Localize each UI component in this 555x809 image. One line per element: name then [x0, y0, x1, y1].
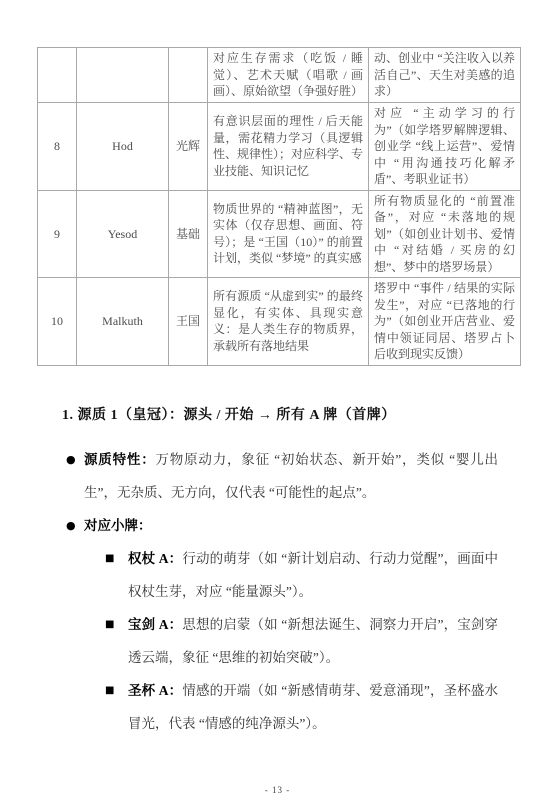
sephirot-table: 对应生存需求（吃饭 / 睡觉）、艺术天赋（唱歌 / 画画）、原始欲望（争强好胜）…: [37, 47, 521, 366]
sub-item-text: 宝剑 A：思想的启蒙（如 “新想法诞生、洞察力开启”，宝剑穿透云端，象征 “思维…: [128, 608, 498, 674]
cell-number: 9: [38, 190, 77, 278]
sub-item-wands-ace: ■ 权杖 A：行动的萌芽（如 “新计划启动、行动力觉醒”，画面中权杖生芽，对应 …: [0, 542, 555, 608]
cell-name: Hod: [77, 103, 169, 191]
list-item-label: 对应小牌：: [84, 518, 152, 533]
table-row: 8 Hod 光辉 有意识层面的理性 / 后天能量，需花精力学习（具逻辑性、规律性…: [38, 103, 521, 191]
bullet-square-icon: ■: [105, 542, 128, 608]
sub-item-text: 圣杯 A：情感的开端（如 “新感情萌芽、爱意涌现”，圣杯盛水冒光，代表 “情感的…: [128, 674, 498, 740]
sub-item-label: 圣杯 A：: [128, 683, 182, 698]
list-item-text: 源质特性：万物原动力，象征 “初始状态、新开始”，类似 “婴儿出生”，无杂质、无…: [84, 443, 498, 509]
bullet-circle-icon: ●: [66, 509, 84, 542]
cell-cn-name: 王国: [169, 278, 208, 366]
cell-description: 对应生存需求（吃饭 / 睡觉）、艺术天赋（唱歌 / 画画）、原始欲望（争强好胜）: [208, 48, 369, 103]
cell-correspondence: 塔罗中 “事件 / 结果的实际发生”，对应 “已落地的行为”（如创业开店营业、爱…: [369, 278, 521, 366]
cell-cn-name: [169, 48, 208, 103]
list-item-minor-cards: ● 对应小牌：: [0, 509, 555, 542]
sub-item-body: 思想的启蒙（如 “新想法诞生、洞察力开启”，宝剑穿透云端，象征 “思维的初始突破…: [128, 617, 498, 665]
table-row: 对应生存需求（吃饭 / 睡觉）、艺术天赋（唱歌 / 画画）、原始欲望（争强好胜）…: [38, 48, 521, 103]
cell-description: 物质世界的 “精神蓝图”，无实体（仅存思想、画面、符号）；是 “王国（10）” …: [208, 190, 369, 278]
list-item-trait: ● 源质特性：万物原动力，象征 “初始状态、新开始”，类似 “婴儿出生”，无杂质…: [0, 443, 555, 509]
cell-number: [38, 48, 77, 103]
sub-item-text: 权杖 A：行动的萌芽（如 “新计划启动、行动力觉醒”，画面中权杖生芽，对应 “能…: [128, 542, 498, 608]
section-body: 1. 源质 1（皇冠）：源头 / 开始 → 所有 A 牌（首牌） ● 源质特性：…: [0, 357, 555, 740]
table-row: 9 Yesod 基础 物质世界的 “精神蓝图”，无实体（仅存思想、画面、符号）；…: [38, 190, 521, 278]
sub-item-body: 行动的萌芽（如 “新计划启动、行动力觉醒”，画面中权杖生芽，对应 “能量源头”）…: [128, 551, 498, 599]
cell-name: Yesod: [77, 190, 169, 278]
bullet-square-icon: ■: [105, 608, 128, 674]
cell-name: [77, 48, 169, 103]
sub-item-swords-ace: ■ 宝剑 A：思想的启蒙（如 “新想法诞生、洞察力开启”，宝剑穿透云端，象征 “…: [0, 608, 555, 674]
cell-description: 所有源质 “从虚到实” 的最终显化，有实体、具现实意义：是人类生存的物质界，承载…: [208, 278, 369, 366]
page-number: - 13 -: [0, 785, 555, 795]
table-row: 10 Malkuth 王国 所有源质 “从虚到实” 的最终显化，有实体、具现实意…: [38, 278, 521, 366]
bullet-circle-icon: ●: [66, 443, 84, 509]
cell-correspondence: 所有物质显化的 “前置准备”，对应 “未落地的规划”（如创业计划书、爱情中 “对…: [369, 190, 521, 278]
cell-correspondence: 动、创业中 “关注收入以养活自己”、天生对美感的追求）: [369, 48, 521, 103]
sub-item-body: 情感的开端（如 “新感情萌芽、爱意涌现”，圣杯盛水冒光，代表 “情感的纯净源头”…: [128, 683, 498, 731]
cell-cn-name: 光辉: [169, 103, 208, 191]
cell-name: Malkuth: [77, 278, 169, 366]
cell-number: 10: [38, 278, 77, 366]
cell-correspondence: 对应 “主动学习的行为”（如学塔罗解牌逻辑、创业学 “线上运营”、爱情中 “用沟…: [369, 103, 521, 191]
list-item-label: 源质特性：: [84, 452, 156, 467]
cell-cn-name: 基础: [169, 190, 208, 278]
bullet-square-icon: ■: [105, 674, 128, 740]
section-heading: 1. 源质 1（皇冠）：源头 / 开始 → 所有 A 牌（首牌）: [62, 403, 515, 429]
sub-item-label: 权杖 A：: [128, 551, 182, 566]
sub-item-label: 宝剑 A：: [128, 617, 182, 632]
sub-item-cups-ace: ■ 圣杯 A：情感的开端（如 “新感情萌芽、爱意涌现”，圣杯盛水冒光，代表 “情…: [0, 674, 555, 740]
cell-number: 8: [38, 103, 77, 191]
cell-description: 有意识层面的理性 / 后天能量，需花精力学习（具逻辑性、规律性）；对应科学、专业…: [208, 103, 369, 191]
list-item-text: 对应小牌：: [84, 509, 498, 542]
